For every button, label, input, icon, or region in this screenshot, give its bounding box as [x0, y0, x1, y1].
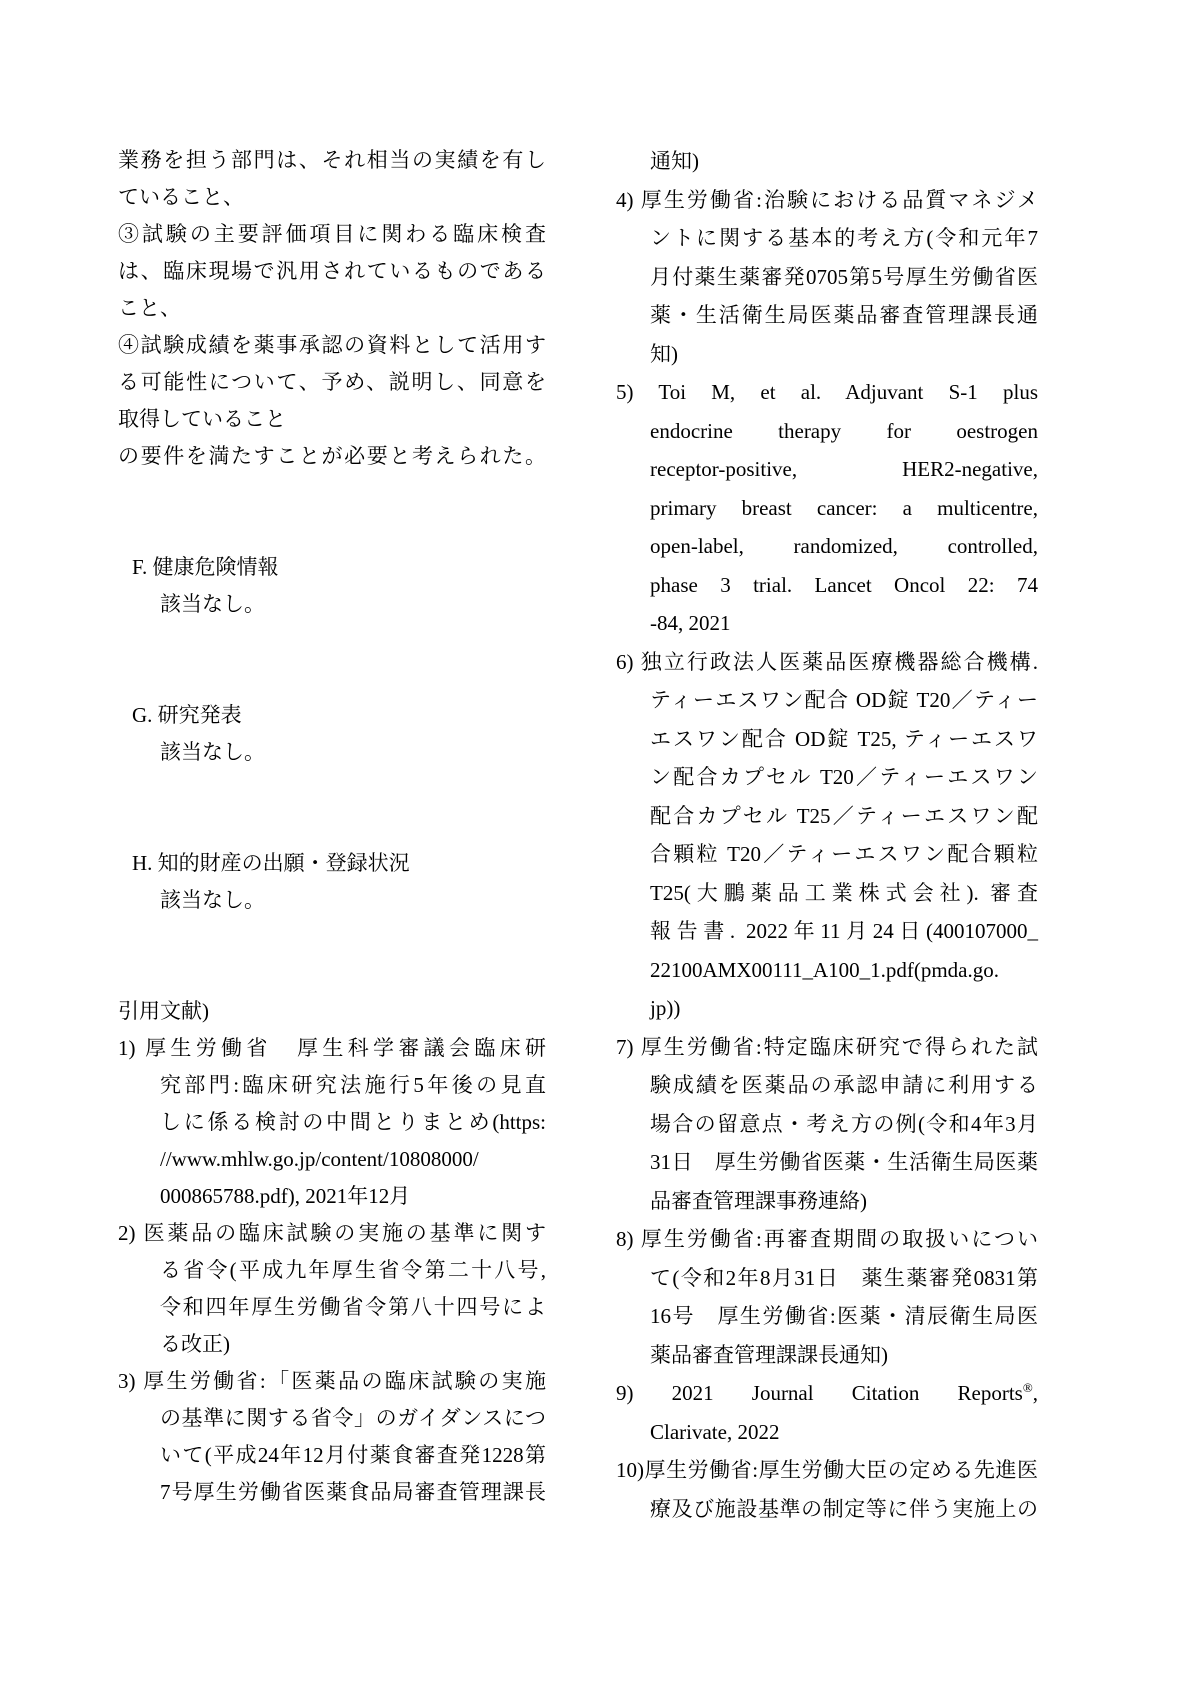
line-text: 22100AMX00111_A100_1.pdf(pmda.go. — [650, 958, 999, 982]
text-line: 000865788.pdf), 2021年12月 — [118, 1178, 546, 1215]
line-text: ていること、 — [118, 185, 244, 209]
line-text: 16号 厚生労働省:医薬・清辰衛生局医 — [650, 1304, 1038, 1328]
line-text: Clarivate, 2022 — [650, 1420, 779, 1444]
text-line: 究部門:臨床研究法施行5年後の見直 — [118, 1067, 546, 1104]
line-text: open-label, randomized, controlled, — [650, 534, 1038, 558]
line-text: しに係る検討の中間とりまとめ(https: — [160, 1110, 546, 1134]
line-text: 報告書. 2022年11月24日(400107000_ — [650, 919, 1038, 943]
text-line: 22100AMX00111_A100_1.pdf(pmda.go. — [616, 951, 1038, 990]
line-text: 究部門:臨床研究法施行5年後の見直 — [160, 1073, 546, 1097]
section-heading: F. 健康危険情報 — [118, 549, 546, 586]
line-text: ン配合カプセル T20／ティーエスワン — [650, 765, 1038, 789]
text-line: 取得していること — [118, 401, 546, 438]
text-line: こと、 — [118, 290, 546, 327]
line-text: 000865788.pdf), 2021年12月 — [160, 1184, 410, 1208]
line-text: jp)) — [650, 996, 680, 1020]
text-line: 場合の留意点・考え方の例(令和4年3月 — [616, 1105, 1038, 1144]
text-line: いて(平成24年12月付薬食審査発1228第 — [118, 1437, 546, 1474]
line-text: 取得していること — [118, 407, 286, 431]
text-line: は、臨床現場で汎用されているものである — [118, 253, 546, 290]
text-line: -84, 2021 — [616, 604, 1038, 643]
text-line: て(令和2年8月31日 薬生薬審発0831第 — [616, 1259, 1038, 1298]
line-text: 引用文献) — [118, 999, 209, 1023]
text-line: 10)厚生労働省:厚生労働大臣の定める先進医 — [616, 1451, 1038, 1490]
line-text: 薬品審査管理課課長通知) — [650, 1343, 888, 1367]
text-line: 該当なし。 — [118, 734, 546, 771]
text-line: る改正) — [118, 1326, 546, 1363]
line-text: 令和四年厚生労働省令第八十四号によ — [160, 1295, 546, 1319]
blank-line — [118, 512, 546, 549]
line-text: 該当なし。 — [160, 740, 265, 764]
line-text: 4) 厚生労働省:治験における品質マネジメ — [616, 188, 1038, 212]
line-text: の基準に関する省令」のガイダンスにつ — [160, 1406, 546, 1430]
text-line: 引用文献) — [118, 993, 546, 1030]
text-line: ントに関する基本的考え方(令和元年7 — [616, 219, 1038, 258]
text-line: の基準に関する省令」のガイダンスにつ — [118, 1400, 546, 1437]
blank-line — [118, 660, 546, 697]
text-line: primary breast cancer: a multicentre, — [616, 489, 1038, 528]
text-line: 薬品審査管理課課長通知) — [616, 1336, 1038, 1375]
text-line: 9) 2021 Journal Citation Reports®, — [616, 1374, 1038, 1413]
line-text: 31日 厚生労働省医薬・生活衛生局医薬 — [650, 1150, 1038, 1174]
text-line: 品審査管理課事務連絡) — [616, 1182, 1038, 1221]
line-text: 6) 独立行政法人医薬品医療機器総合機構. — [616, 650, 1038, 674]
line-text: T25(大鵬薬品工業株式会社). 審査 — [650, 881, 1038, 905]
text-line: 験成績を医薬品の承認申請に利用する — [616, 1066, 1038, 1105]
line-text: る可能性について、予め、説明し、同意を — [118, 370, 546, 394]
line-text: 知) — [650, 342, 678, 366]
text-line: の要件を満たすことが必要と考えられた。 — [118, 438, 546, 475]
line-text: る改正) — [160, 1332, 230, 1356]
text-line: 1) 厚生労働省 厚生科学審議会臨床研 — [118, 1030, 546, 1067]
text-line: ③試験の主要評価項目に関わる臨床検査 — [118, 216, 546, 253]
line-text: //www.mhlw.go.jp/content/10808000/ — [160, 1147, 479, 1171]
line-text: いて(平成24年12月付薬食審査発1228第 — [160, 1443, 546, 1467]
text-line: T25(大鵬薬品工業株式会社). 審査 — [616, 874, 1038, 913]
text-line: 該当なし。 — [118, 882, 546, 919]
line-text: エスワン配合 OD錠 T25, ティーエスワ — [650, 727, 1038, 751]
line-text: 5) Toi M, et al. Adjuvant S-1 plus — [616, 380, 1038, 404]
line-text: ントに関する基本的考え方(令和元年7 — [650, 226, 1038, 250]
right-column: 通知)4) 厚生労働省:治験における品質マネジメントに関する基本的考え方(令和元… — [616, 142, 1038, 1528]
line-text: て(令和2年8月31日 薬生薬審発0831第 — [650, 1266, 1038, 1290]
text-line: phase 3 trial. Lancet Oncol 22: 74 — [616, 566, 1038, 605]
line-text: 薬・生活衛生局医薬品審査管理課長通 — [650, 303, 1038, 327]
text-line: 月付薬生薬審発0705第5号厚生労働省医 — [616, 258, 1038, 297]
line-text: の要件を満たすことが必要と考えられた。 — [118, 444, 546, 468]
section-heading: G. 研究発表 — [118, 697, 546, 734]
line-text: 場合の留意点・考え方の例(令和4年3月 — [650, 1112, 1038, 1136]
line-text: こと、 — [118, 296, 181, 320]
blank-line — [118, 956, 546, 993]
line-text: endocrine therapy for oestrogen — [650, 419, 1038, 443]
text-line: 業務を担う部門は、それ相当の実績を有し — [118, 142, 546, 179]
line-text: phase 3 trial. Lancet Oncol 22: 74 — [650, 573, 1038, 597]
document-page: 業務を担う部門は、それ相当の実績を有していること、③試験の主要評価項目に関わる臨… — [0, 0, 1181, 1695]
line-text: 月付薬生薬審発0705第5号厚生労働省医 — [650, 265, 1038, 289]
text-line: 薬・生活衛生局医薬品審査管理課長通 — [616, 296, 1038, 335]
line-text: る省令(平成九年厚生省令第二十八号, — [160, 1258, 546, 1282]
text-line: 8) 厚生労働省:再審査期間の取扱いについ — [616, 1220, 1038, 1259]
section-heading: H. 知的財産の出願・登録状況 — [118, 845, 546, 882]
line-text: 2) 医薬品の臨床試験の実施の基準に関す — [118, 1221, 546, 1245]
blank-line — [118, 623, 546, 660]
text-line: 7) 厚生労働省:特定臨床研究で得られた試 — [616, 1028, 1038, 1067]
line-text: 該当なし。 — [160, 592, 265, 616]
line-text: 3) 厚生労働省:「医薬品の臨床試験の実施 — [118, 1369, 546, 1393]
line-text: 通知) — [650, 149, 699, 173]
line-text: 1) 厚生労働省 厚生科学審議会臨床研 — [118, 1036, 546, 1060]
text-line: ていること、 — [118, 179, 546, 216]
text-line: 2) 医薬品の臨床試験の実施の基準に関す — [118, 1215, 546, 1252]
line-text: primary breast cancer: a multicentre, — [650, 496, 1038, 520]
blank-line — [118, 808, 546, 845]
line-text: 合顆粒 T20／ティーエスワン配合顆粒 — [650, 842, 1038, 866]
text-line: endocrine therapy for oestrogen — [616, 412, 1038, 451]
text-line: 報告書. 2022年11月24日(400107000_ — [616, 912, 1038, 951]
text-line: エスワン配合 OD錠 T25, ティーエスワ — [616, 720, 1038, 759]
text-line: 通知) — [616, 142, 1038, 181]
text-line: 合顆粒 T20／ティーエスワン配合顆粒 — [616, 835, 1038, 874]
line-text: 業務を担う部門は、それ相当の実績を有し — [118, 148, 546, 172]
text-line: //www.mhlw.go.jp/content/10808000/ — [118, 1141, 546, 1178]
text-line: ④試験成績を薬事承認の資料として活用す — [118, 327, 546, 364]
text-line: open-label, randomized, controlled, — [616, 527, 1038, 566]
text-line: る可能性について、予め、説明し、同意を — [118, 364, 546, 401]
text-line: しに係る検討の中間とりまとめ(https: — [118, 1104, 546, 1141]
line-text: ティーエスワン配合 OD錠 T20／ティー — [650, 688, 1038, 712]
text-line: 7号厚生労働省医薬食品局審査管理課長 — [118, 1474, 546, 1511]
text-line: 3) 厚生労働省:「医薬品の臨床試験の実施 — [118, 1363, 546, 1400]
line-text: 10)厚生労働省:厚生労働大臣の定める先進医 — [616, 1458, 1038, 1482]
text-line: 6) 独立行政法人医薬品医療機器総合機構. — [616, 643, 1038, 682]
line-text: 品審査管理課事務連絡) — [650, 1189, 867, 1213]
line-text: F. 健康危険情報 — [132, 555, 279, 579]
line-text: -84, 2021 — [650, 611, 731, 635]
text-line: 31日 厚生労働省医薬・生活衛生局医薬 — [616, 1143, 1038, 1182]
line-text: G. 研究発表 — [132, 703, 242, 727]
blank-line — [118, 771, 546, 808]
blank-line — [118, 475, 546, 512]
text-line: 令和四年厚生労働省令第八十四号によ — [118, 1289, 546, 1326]
line-text: 配合カプセル T25／ティーエスワン配 — [650, 804, 1038, 828]
line-text: 療及び施設基準の制定等に伴う実施上の — [650, 1497, 1038, 1521]
line-text: ④試験成績を薬事承認の資料として活用す — [118, 333, 546, 357]
line-text: , — [1033, 1381, 1038, 1405]
text-line: receptor-positive, HER2-negative, — [616, 450, 1038, 489]
text-line: 療及び施設基準の制定等に伴う実施上の — [616, 1490, 1038, 1529]
line-text: 7) 厚生労働省:特定臨床研究で得られた試 — [616, 1035, 1038, 1059]
text-line: 16号 厚生労働省:医薬・清辰衛生局医 — [616, 1297, 1038, 1336]
line-text: receptor-positive, HER2-negative, — [650, 457, 1038, 481]
text-line: jp)) — [616, 989, 1038, 1028]
text-line: 4) 厚生労働省:治験における品質マネジメ — [616, 181, 1038, 220]
line-text: 該当なし。 — [160, 888, 265, 912]
line-text: 験成績を医薬品の承認申請に利用する — [650, 1073, 1038, 1097]
line-text: は、臨床現場で汎用されているものである — [118, 259, 546, 283]
text-line: Clarivate, 2022 — [616, 1413, 1038, 1452]
text-line: ティーエスワン配合 OD錠 T20／ティー — [616, 681, 1038, 720]
text-line: 知) — [616, 335, 1038, 374]
line-text: 8) 厚生労働省:再審査期間の取扱いについ — [616, 1227, 1038, 1251]
text-line: 該当なし。 — [118, 586, 546, 623]
left-column: 業務を担う部門は、それ相当の実績を有していること、③試験の主要評価項目に関わる臨… — [118, 142, 546, 1511]
line-text: ③試験の主要評価項目に関わる臨床検査 — [118, 222, 546, 246]
line-text: H. 知的財産の出願・登録状況 — [132, 851, 410, 875]
text-line: ン配合カプセル T20／ティーエスワン — [616, 758, 1038, 797]
line-text: 7号厚生労働省医薬食品局審査管理課長 — [160, 1480, 546, 1504]
text-line: 配合カプセル T25／ティーエスワン配 — [616, 797, 1038, 836]
line-text: 9) 2021 Journal Citation Reports — [616, 1381, 1023, 1405]
text-line: る省令(平成九年厚生省令第二十八号, — [118, 1252, 546, 1289]
blank-line — [118, 919, 546, 956]
registered-trademark-symbol: ® — [1023, 1380, 1033, 1395]
text-line: 5) Toi M, et al. Adjuvant S-1 plus — [616, 373, 1038, 412]
